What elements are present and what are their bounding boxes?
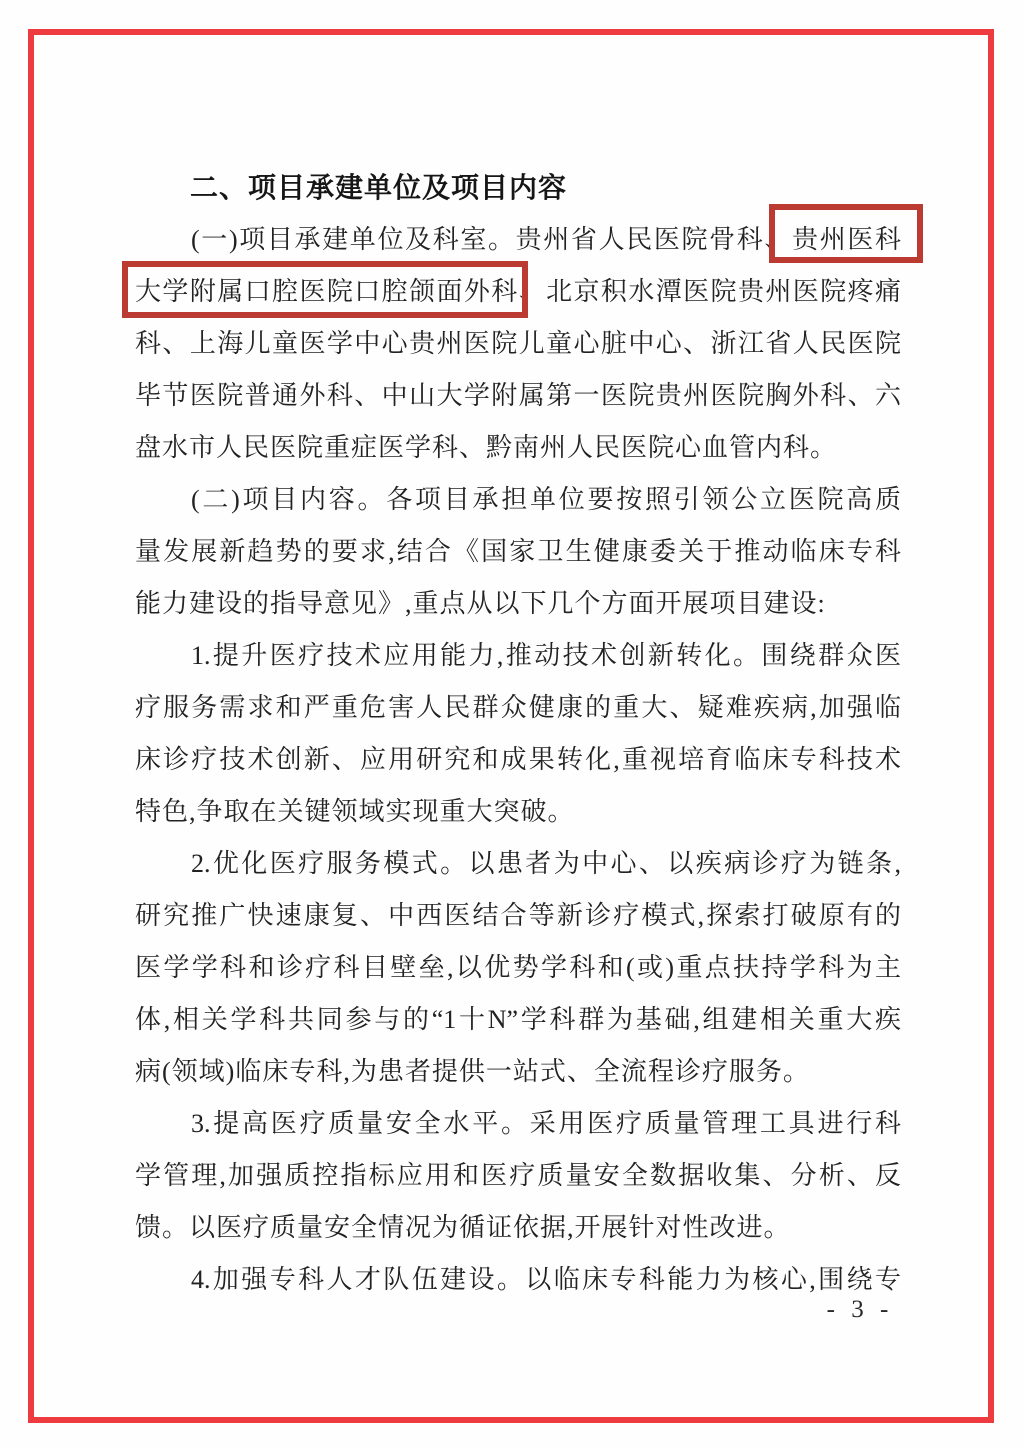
- document-body: 二、项目承建单位及项目内容 (一)项目承建单位及科室。贵州省人民医院骨科、贵州医…: [135, 162, 901, 1306]
- text-line: 大学附属口腔医院口腔颌面外科、北京积水潭医院贵州医院疼痛: [135, 266, 901, 318]
- text-line: 特色,争取在关键领域实现重大突破。: [135, 786, 901, 838]
- text-line: 学管理,加强质控指标应用和医疗质量安全数据收集、分析、反: [135, 1150, 901, 1202]
- text-line: 研究推广快速康复、中西医结合等新诊疗模式,探索打破原有的: [135, 890, 901, 942]
- text-line: (二)项目内容。各项目承担单位要按照引领公立医院高质: [135, 474, 901, 526]
- text-line: 体,相关学科共同参与的“1十N”学科群为基础,组建相关重大疾: [135, 994, 901, 1046]
- text-line: 1.提升医疗技术应用能力,推动技术创新转化。围绕群众医: [135, 630, 901, 682]
- text-line: 3.提高医疗质量安全水平。采用医疗质量管理工具进行科: [135, 1098, 901, 1150]
- section-heading: 二、项目承建单位及项目内容: [135, 162, 901, 214]
- text-line: 病(领域)临床专科,为患者提供一站式、全流程诊疗服务。: [135, 1046, 901, 1098]
- text-line: 疗服务需求和严重危害人民群众健康的重大、疑难疾病,加强临: [135, 682, 901, 734]
- text-line: 科、上海儿童医学中心贵州医院儿童心脏中心、浙江省人民医院: [135, 318, 901, 370]
- text-line: 能力建设的指导意见》,重点从以下几个方面开展项目建设:: [135, 578, 901, 630]
- text-line: 馈。以医疗质量安全情况为循证依据,开展针对性改进。: [135, 1202, 901, 1254]
- text-line: 量发展新趋势的要求,结合《国家卫生健康委关于推动临床专科: [135, 526, 901, 578]
- text-line: 4.加强专科人才队伍建设。以临床专科能力为核心,围绕专: [135, 1254, 901, 1306]
- page-number: - 3 -: [800, 1293, 920, 1327]
- text-line: (一)项目承建单位及科室。贵州省人民医院骨科、贵州医科: [135, 214, 901, 266]
- text-line: 床诊疗技术创新、应用研究和成果转化,重视培育临床专科技术: [135, 734, 901, 786]
- text-line: 盘水市人民医院重症医学科、黔南州人民医院心血管内科。: [135, 422, 901, 474]
- text-line: 2.优化医疗服务模式。以患者为中心、以疾病诊疗为链条,: [135, 838, 901, 890]
- document-page: 二、项目承建单位及项目内容 (一)项目承建单位及科室。贵州省人民医院骨科、贵州医…: [0, 0, 1024, 1448]
- text-line: 医学学科和诊疗科目壁垒,以优势学科和(或)重点扶持学科为主: [135, 942, 901, 994]
- text-line: 毕节医院普通外科、中山大学附属第一医院贵州医院胸外科、六: [135, 370, 901, 422]
